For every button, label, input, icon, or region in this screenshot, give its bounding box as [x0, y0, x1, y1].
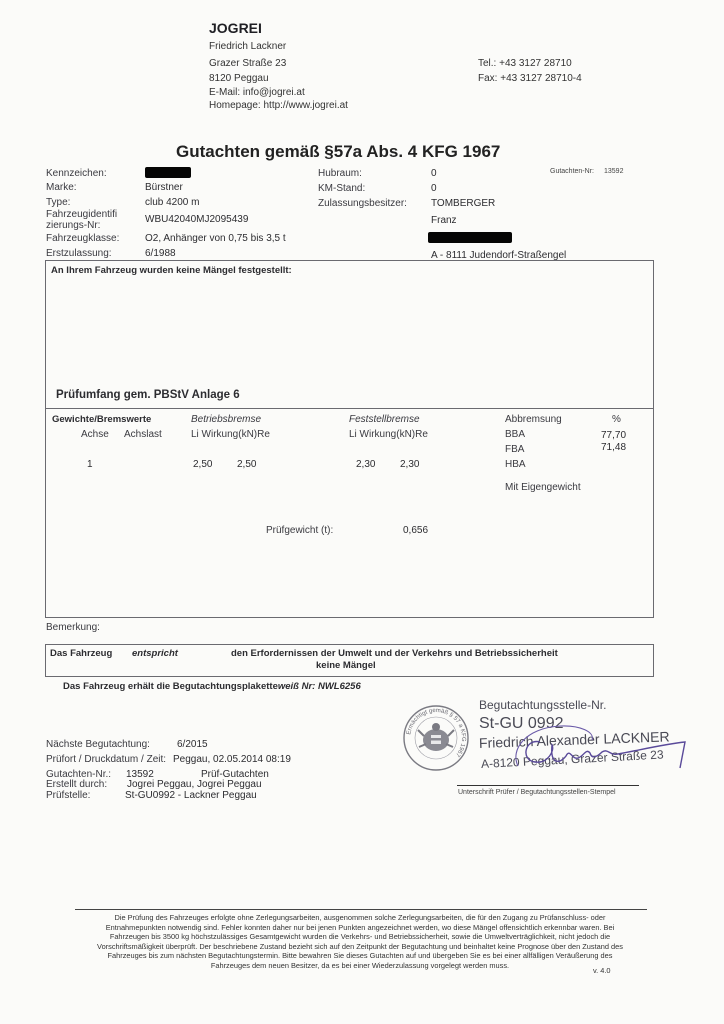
betriebsbremse-sub: Li Wirkung(kN)Re	[191, 429, 270, 440]
verdict-text: den Erfordernissen der Umwelt und der Ve…	[231, 648, 558, 659]
percent-label: %	[612, 414, 621, 425]
klasse-value: O2, Anhänger von 0,75 bis 3,5 t	[145, 233, 286, 244]
fba-label: FBA	[505, 444, 524, 455]
version-label: v. 4.0	[593, 966, 611, 975]
footer-text: Die Prüfung des Fahrzeuges erfolgte ohne…	[40, 913, 680, 971]
erstzulassung-value: 6/1988	[145, 248, 176, 259]
marke-label: Marke:	[46, 182, 77, 193]
pruefgewicht-label: Prüfgewicht (t):	[266, 525, 333, 536]
besitzer-street-redacted	[428, 232, 512, 243]
footer-divider	[75, 909, 647, 910]
footer-line: Die Prüfung des Fahrzeuges erfolgte ohne…	[40, 913, 680, 923]
gutachten-nr-value: 13592	[604, 168, 623, 175]
austrian-eagle-icon: Ermächtigt gemäß § 57 a KFG 1967	[402, 704, 470, 772]
fin-label-2: zierungs-Nr:	[46, 220, 100, 231]
marke-value: Bürstner	[145, 182, 183, 193]
plakette-line: Das Fahrzeug erhält die Begutachtungspla…	[63, 681, 361, 692]
km-value: 0	[431, 183, 437, 194]
kennzeichen-redacted	[145, 167, 191, 178]
footer-line: Vorschriftsmäßigkeit überprüft. Der besc…	[40, 942, 680, 952]
erstzulassung-label: Erstzulassung:	[46, 248, 112, 259]
type-value: club 4200 m	[145, 197, 199, 208]
company-city: 8120 Peggau	[209, 73, 269, 84]
place-label: Prüfort / Druckdatum / Zeit:	[46, 754, 166, 765]
stamp-seal: Ermächtigt gemäß § 57 a KFG 1967	[402, 704, 470, 772]
company-owner: Friedrich Lackner	[209, 41, 286, 52]
footer-line: Fahrzeuges dem neuen Besitzer, da es bei…	[40, 961, 680, 971]
km-label: KM-Stand:	[318, 183, 365, 194]
company-email: E-Mail: info@jogrei.at	[209, 87, 305, 98]
place-value: Peggau, 02.05.2014 08:19	[173, 754, 291, 765]
footer-line: Fahrzeugen bis 3500 kg höchstzulässiges …	[40, 932, 680, 942]
company-street: Grazer Straße 23	[209, 58, 286, 69]
company-homepage: Homepage: http://www.jogrei.at	[209, 100, 348, 111]
fin-value: WBU42040MJ2095439	[145, 214, 248, 225]
bba-label: BBA	[505, 429, 525, 440]
hubraum-value: 0	[431, 168, 437, 179]
footer-line: Entnahmepunkten notwendig sind. Fehler k…	[40, 923, 680, 933]
feststellbremse-sub: Li Wirkung(kN)Re	[349, 429, 428, 440]
company-tel: Tel.: +43 3127 28710	[478, 58, 572, 69]
plakette-number: weiß Nr: NWL6256	[278, 681, 361, 692]
col-achslast: Achslast	[124, 429, 162, 440]
type-label: Type:	[46, 197, 70, 208]
stamp-caption: Unterschrift Prüfer / Begutachtungsstell…	[458, 789, 616, 796]
hba-label: HBA	[505, 459, 526, 470]
station-label: Prüfstelle:	[46, 790, 90, 801]
row-achse: 1	[87, 459, 93, 470]
row-bb-re: 2,50	[237, 459, 256, 470]
kennzeichen-label: Kennzeichen:	[46, 168, 107, 179]
next-label: Nächste Begutachtung:	[46, 739, 150, 750]
next-value: 6/2015	[177, 739, 208, 750]
besitzer-label: Zulassungsbesitzer:	[318, 198, 407, 209]
company-fax: Fax: +43 3127 28710-4	[478, 73, 582, 84]
findings-heading: An Ihrem Fahrzeug wurden keine Mängel fe…	[51, 265, 292, 276]
scope-heading: Prüfumfang gem. PBStV Anlage 6	[56, 389, 240, 401]
klasse-label: Fahrzeugklasse:	[46, 233, 119, 244]
fin-label-1: Fahrzeugidentifi	[46, 209, 117, 220]
fba-value: 71,48	[601, 442, 626, 453]
footer-line: Fahrzeuges bis zum nächsten Begutachtung…	[40, 951, 680, 961]
abbremsung-label: Abbremsung	[505, 414, 562, 425]
verdict-defects: keine Mängel	[316, 660, 376, 671]
mit-eigengewicht: Mit Eigengewicht	[505, 482, 581, 493]
company-name: JOGREI	[209, 20, 262, 36]
betriebsbremse-label: Betriebsbremse	[191, 414, 261, 425]
verdict-status: entspricht	[132, 648, 178, 659]
signature-line	[457, 785, 639, 786]
station-value: St-GU0992 - Lackner Peggau	[125, 790, 257, 801]
row-fb-li: 2,30	[356, 459, 375, 470]
gutachten-nr-label: Gutachten-Nr:	[550, 168, 594, 175]
brakes-section-label: Gewichte/Bremswerte	[52, 414, 151, 425]
signature-icon	[500, 720, 690, 780]
document-title: Gutachten gemäß §57a Abs. 4 KFG 1967	[176, 142, 500, 162]
stamp-line1: Begutachtungsstelle-Nr.	[479, 698, 606, 712]
created-label: Erstellt durch:	[46, 779, 107, 790]
remarks-label: Bemerkung:	[46, 622, 100, 633]
besitzer-name: TOMBERGER	[431, 198, 495, 209]
feststellbremse-label: Feststellbremse	[349, 414, 420, 425]
hubraum-label: Hubraum:	[318, 168, 362, 179]
plakette-text: Das Fahrzeug erhält die Begutachtungspla…	[63, 681, 278, 692]
col-achse: Achse	[81, 429, 109, 440]
pruefgewicht-value: 0,656	[403, 525, 428, 536]
scope-divider	[45, 408, 653, 409]
bba-value: 77,70	[601, 430, 626, 441]
created-value: Jogrei Peggau, Jogrei Peggau	[127, 779, 262, 790]
besitzer-vorname: Franz	[431, 215, 457, 226]
verdict-subject: Das Fahrzeug	[50, 648, 112, 659]
row-fb-re: 2,30	[400, 459, 419, 470]
row-bb-li: 2,50	[193, 459, 212, 470]
